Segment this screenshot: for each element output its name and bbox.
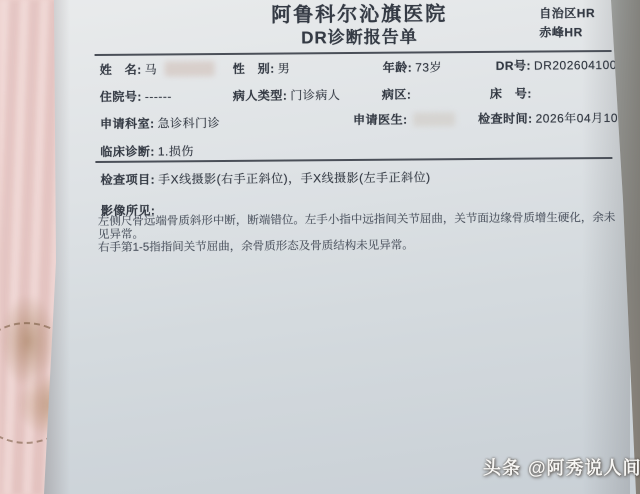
watermark: 头条@阿秀说人间 xyxy=(483,454,640,480)
region-grade-line1: 自治区HR xyxy=(539,4,595,23)
exam-items-value: 手X线摄影(右手正斜位)，手X线摄影(左手正斜位) xyxy=(158,170,431,186)
patient-name-label: 姓 名: xyxy=(100,63,142,77)
redacted-doctor-blur xyxy=(413,112,455,126)
field-bed-number: 床 号: xyxy=(490,85,535,102)
request-dept-value: 急诊科门诊 xyxy=(158,116,221,130)
header-divider-line xyxy=(95,50,612,56)
request-doctor-label: 申请医生: xyxy=(353,113,408,127)
exam-time-value: 2026年04月10日 xyxy=(536,111,631,126)
clinical-diagnosis-value: 1.损伤 xyxy=(158,144,194,158)
clinical-diagnosis-label: 临床诊断: xyxy=(100,145,155,159)
field-clinical-diagnosis: 临床诊断:1.损伤 xyxy=(100,142,194,160)
findings-paragraph-1: 左侧尺骨远端骨质斜形中断，断端错位。左手小指中远指间关节屈曲，关节面边缘骨质增生… xyxy=(98,212,624,242)
field-patient-type: 病人类型:门诊病人 xyxy=(233,86,341,104)
field-dr-number: DR号:DR20260410068 xyxy=(496,56,632,74)
field-inpatient-number: 住院号:------ xyxy=(100,87,172,105)
redacted-name-blur xyxy=(164,61,214,76)
gender-label: 性 别: xyxy=(233,62,275,76)
age-value: 73岁 xyxy=(415,60,442,74)
field-exam-items: 检查项目:手X线摄影(右手正斜位)，手X线摄影(左手正斜位) xyxy=(100,168,430,188)
field-patient-name: 姓 名:马 xyxy=(100,60,215,78)
field-age: 年龄:73岁 xyxy=(383,58,442,75)
ward-label: 病区: xyxy=(382,88,412,102)
patient-name-value: 马 xyxy=(145,63,158,77)
exam-time-label: 检查时间: xyxy=(478,112,533,126)
age-label: 年龄: xyxy=(383,61,413,75)
field-exam-time: 检查时间:2026年04月10日 xyxy=(478,109,631,127)
patient-type-label: 病人类型: xyxy=(233,89,288,103)
exam-items-label: 检查项目: xyxy=(100,173,155,187)
watermark-brand: 头条 xyxy=(483,458,521,478)
field-request-dept: 申请科室:急诊科门诊 xyxy=(100,114,220,132)
report-paper: 阿鲁科尔沁旗医院 DR诊断报告单 自治区HR 赤峰HR 姓 名:马 性 别:男 … xyxy=(0,0,640,494)
field-request-doctor: 申请医生: xyxy=(353,110,455,128)
report-content: 阿鲁科尔沁旗医院 DR诊断报告单 自治区HR 赤峰HR 姓 名:马 性 别:男 … xyxy=(0,0,640,494)
findings-paragraph-2: 右手第1-5指指间关节屈曲，余骨质形态及骨质结构未见异常。 xyxy=(98,238,624,255)
photo-scene: 阿鲁科尔沁旗医院 DR诊断报告单 自治区HR 赤峰HR 姓 名:马 性 别:男 … xyxy=(0,0,640,494)
region-grade-mark: 自治区HR 赤峰HR xyxy=(539,4,595,42)
watermark-account: @阿秀说人间 xyxy=(528,458,640,478)
gender-value: 男 xyxy=(278,62,291,76)
inpatient-number-value: ------ xyxy=(145,89,172,103)
findings-text-block: 左侧尺骨远端骨质斜形中断，断端错位。左手小指中远指间关节屈曲，关节面边缘骨质增生… xyxy=(98,212,624,255)
region-grade-line2: 赤峰HR xyxy=(539,23,595,42)
field-gender: 性 别:男 xyxy=(233,60,291,77)
inpatient-number-label: 住院号: xyxy=(100,90,142,104)
bed-number-label: 床 号: xyxy=(490,87,532,101)
report-title: DR诊断报告单 xyxy=(119,21,599,50)
dr-number-label: DR号: xyxy=(496,59,531,73)
request-dept-label: 申请科室: xyxy=(100,117,155,131)
field-ward: 病区: xyxy=(382,86,415,103)
patient-type-value: 门诊病人 xyxy=(290,88,340,102)
